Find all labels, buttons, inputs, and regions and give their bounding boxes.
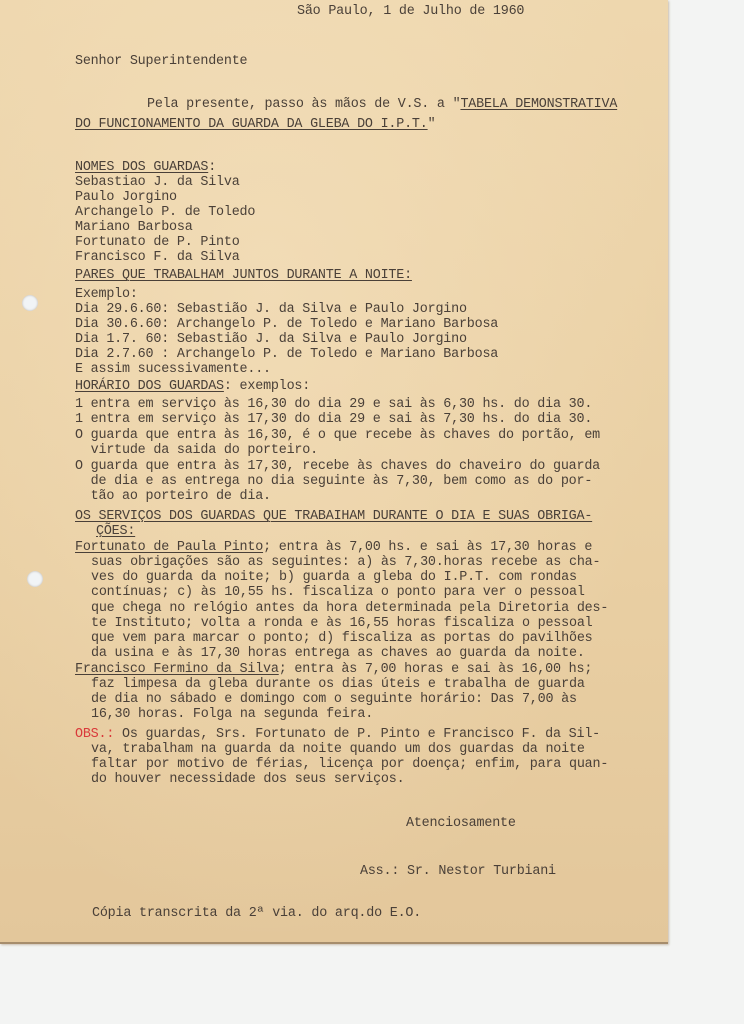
francisco-first-line: Francisco Fermino da Silva; entra às 7,0… xyxy=(75,662,592,677)
letter-page: São Paulo, 1 de Julho de 1960 Senhor Sup… xyxy=(0,0,668,944)
day-services-heading: OS SERVIÇOS DOS GUARDAS QUE TRABAIHAM DU… xyxy=(75,509,592,524)
schedule-line: O guarda que entra às 17,30, recebe às c… xyxy=(75,459,600,474)
pair-row: Dia 30.6.60: Archangelo P. de Toledo e M… xyxy=(75,317,498,332)
schedule-heading: HORÁRIO DOS GUARDAS: exemplos: xyxy=(75,379,310,394)
schedule-line: virtude da saida do porteiro. xyxy=(75,443,318,458)
colon: : xyxy=(208,160,216,175)
fortunato-line: te Instituto; volta a ronda e às 16,55 h… xyxy=(91,616,592,631)
day-services-heading-cont: ÇÕES: xyxy=(96,524,135,539)
guards-heading: NOMES DOS GUARDAS: xyxy=(75,160,216,175)
obs-first-line: OBS.: Os guardas, Srs. Fortunato de P. P… xyxy=(75,727,600,742)
fortunato-text: ; entra às 7,00 hs. e sai às 17,30 horas… xyxy=(263,540,592,555)
schedule-line: 1 entra em serviço às 17,30 do dia 29 e … xyxy=(75,412,592,427)
fortunato-line: que vem para marcar o ponto; d) fiscaliz… xyxy=(91,631,592,646)
salutation: Senhor Superintendente xyxy=(75,54,247,69)
pairs-closing: E assim sucessivamente... xyxy=(75,362,271,377)
intro-paragraph: Pela presente, passo às mãos de V.S. a "… xyxy=(75,97,617,112)
schedule-line: 1 entra em serviço às 16,30 do dia 29 e … xyxy=(75,397,592,412)
fortunato-first-line: Fortunato de Paula Pinto; entra às 7,00 … xyxy=(75,540,592,555)
example-label: Exemplo: xyxy=(75,287,138,302)
fortunato-line: ves do guarda da noite; b) guarda a gleb… xyxy=(91,570,577,585)
schedule-line: O guarda que entra às 16,30, é o que rec… xyxy=(75,428,600,443)
date-line: São Paulo, 1 de Julho de 1960 xyxy=(297,4,524,19)
schedule-heading-text: HORÁRIO DOS GUARDAS xyxy=(75,379,224,394)
pair-row: Dia 29.6.60: Sebastião J. da Silva e Pau… xyxy=(75,302,467,317)
document-title-part1: TABELA DEMONSTRATIVA xyxy=(460,97,617,112)
document-title-part2: DO FUNCIONAMENTO DA GUARDA DA GLEBA DO I… xyxy=(75,117,428,132)
fortunato-line: contínuas; c) às 10,55 hs. fiscaliza o p… xyxy=(91,585,585,600)
fortunato-line: da usina e às 17,30 horas entrega as cha… xyxy=(91,646,585,661)
guard-name-francisco: Francisco Fermino da Silva xyxy=(75,662,279,677)
obs-line: faltar por motivo de férias, licença por… xyxy=(91,757,608,772)
obs-label: OBS.: xyxy=(75,727,114,742)
punch-hole xyxy=(22,295,38,311)
fortunato-line: que chega no relógio antes da hora deter… xyxy=(91,601,608,616)
guard-name: Fortunato de P. Pinto xyxy=(75,235,240,250)
guard-name: Archangelo P. de Toledo xyxy=(75,205,255,220)
francisco-line: de dia no sábado e domingo com o seguint… xyxy=(91,692,577,707)
closing: Atenciosamente xyxy=(406,816,516,831)
pairs-heading: PARES QUE TRABALHAM JUNTOS DURANTE A NOI… xyxy=(75,268,412,283)
guard-name: Mariano Barbosa xyxy=(75,220,193,235)
fortunato-line: suas obrigações são as seguintes: a) às … xyxy=(91,555,600,570)
obs-line: va, trabalham na guarda da noite quando … xyxy=(91,742,585,757)
schedule-line: tão ao porteiro de dia. xyxy=(75,489,271,504)
pair-row: Dia 2.7.60 : Archangelo P. de Toledo e M… xyxy=(75,347,498,362)
francisco-text: ; entra às 7,00 horas e sai às 16,00 hs; xyxy=(279,662,592,677)
schedule-heading-suffix: : exemplos: xyxy=(224,379,310,394)
guard-name: Sebastiao J. da Silva xyxy=(75,175,240,190)
guard-name: Francisco F. da Silva xyxy=(75,250,240,265)
punch-hole xyxy=(27,571,43,587)
quote-mark: " xyxy=(428,117,436,132)
intro-text: Pela presente, passo às mãos de V.S. a " xyxy=(75,97,460,112)
obs-line: do houver necessidade dos seus serviços. xyxy=(91,772,404,787)
pair-row: Dia 1.7. 60: Sebastião J. da Silva e Pau… xyxy=(75,332,467,347)
footer-note: Cópia transcrita da 2ª via. do arq.do E.… xyxy=(92,906,421,921)
guards-heading-text: NOMES DOS GUARDAS xyxy=(75,160,208,175)
guard-name-fortunato: Fortunato de Paula Pinto xyxy=(75,540,263,555)
obs-text: Os guardas, Srs. Fortunato de P. Pinto e… xyxy=(114,727,600,742)
schedule-line: de dia e as entrega no dia seguinte às 7… xyxy=(75,474,592,489)
intro-paragraph-line2: DO FUNCIONAMENTO DA GUARDA DA GLEBA DO I… xyxy=(75,117,435,132)
francisco-line: faz limpesa da gleba durante os dias úte… xyxy=(91,677,585,692)
signature: Ass.: Sr. Nestor Turbiani xyxy=(360,864,556,879)
guard-name: Paulo Jorgino xyxy=(75,190,177,205)
francisco-line: 16,30 horas. Folga na segunda feira. xyxy=(91,707,373,722)
